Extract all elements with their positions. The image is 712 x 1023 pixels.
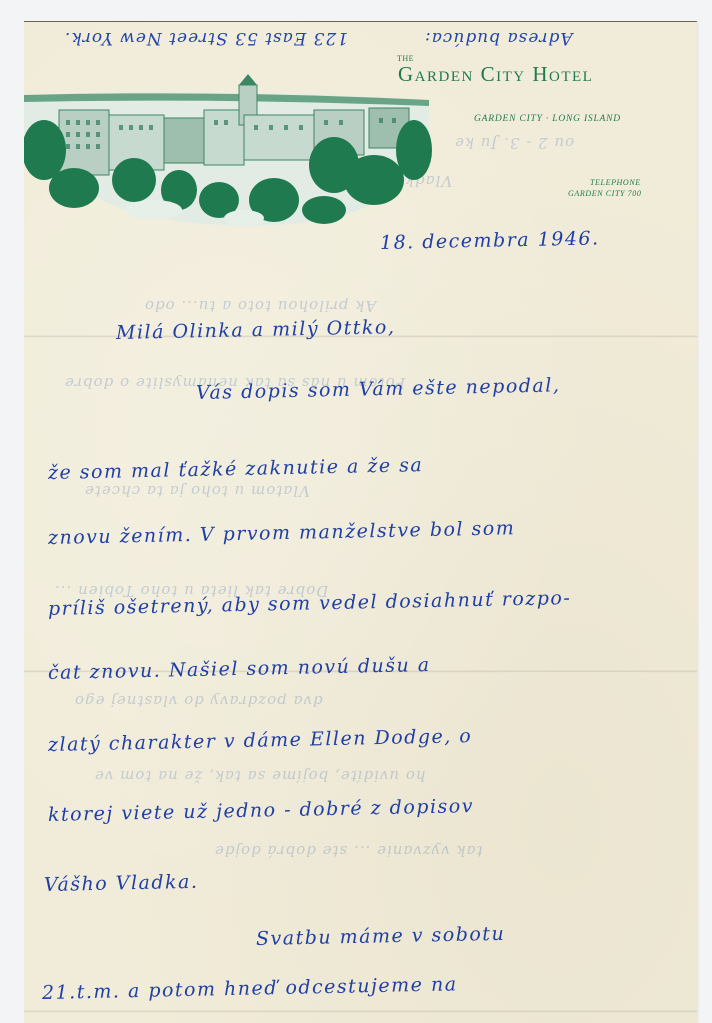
hotel-location: GARDEN CITY · LONG ISLAND xyxy=(474,114,621,124)
fold-line xyxy=(24,1010,697,1013)
letter-line: 21.t.m. a potom hneď odcestujeme na xyxy=(42,973,458,1004)
letter-line: znovu žením. V prvom manželstve bol som xyxy=(48,517,516,549)
telephone-label: TELEPHONE xyxy=(590,178,641,187)
bleed-through-text: ou 2 - 3. Ju ke xyxy=(454,134,574,152)
letter-line: čat znovu. Našiel som novú dušu a xyxy=(48,654,431,684)
letter-page: ou 2 - 3. Ju ke Vladka Ak prilohou toto … xyxy=(24,22,697,1023)
bleed-through-text: tak vyzvanie ... ste dobrá dojde xyxy=(214,842,483,860)
bleed-through-text: Vlatom u toho ja ta chcete xyxy=(84,482,310,500)
bleed-through-text: ho uvidíte, bojíme sa tak, že na tom ve xyxy=(94,767,426,785)
telephone-number: GARDEN CITY 700 xyxy=(568,189,641,198)
letter-salutation: Milá Olinka a milý Ottko, xyxy=(116,316,396,344)
hotel-engraving-illustration xyxy=(24,70,434,230)
upside-down-address: 123 East 53 Street New York. xyxy=(64,28,348,48)
bleed-through-text: dva pozdravy do vlastnej ego xyxy=(74,692,323,710)
letter-line: ktorej viete už jedno - dobré z dopisov xyxy=(48,795,474,826)
letter-line: Vášho Vladka. xyxy=(44,871,199,896)
letter-line: zlatý charakter v dáme Ellen Dodge, o xyxy=(48,725,473,756)
letter-line: Svatbu máme v sobotu xyxy=(256,923,506,950)
hotel-name: Garden City Hotel xyxy=(398,62,593,87)
upside-down-address-label: Adresa budúca: xyxy=(424,28,573,48)
letter-line: že som mal ťažké zaknutie a že sa xyxy=(48,454,424,484)
bleed-through-text: Ak prilohou toto a tu... odo xyxy=(144,297,376,315)
letter-date: 18. decembra 1946. xyxy=(380,227,600,254)
